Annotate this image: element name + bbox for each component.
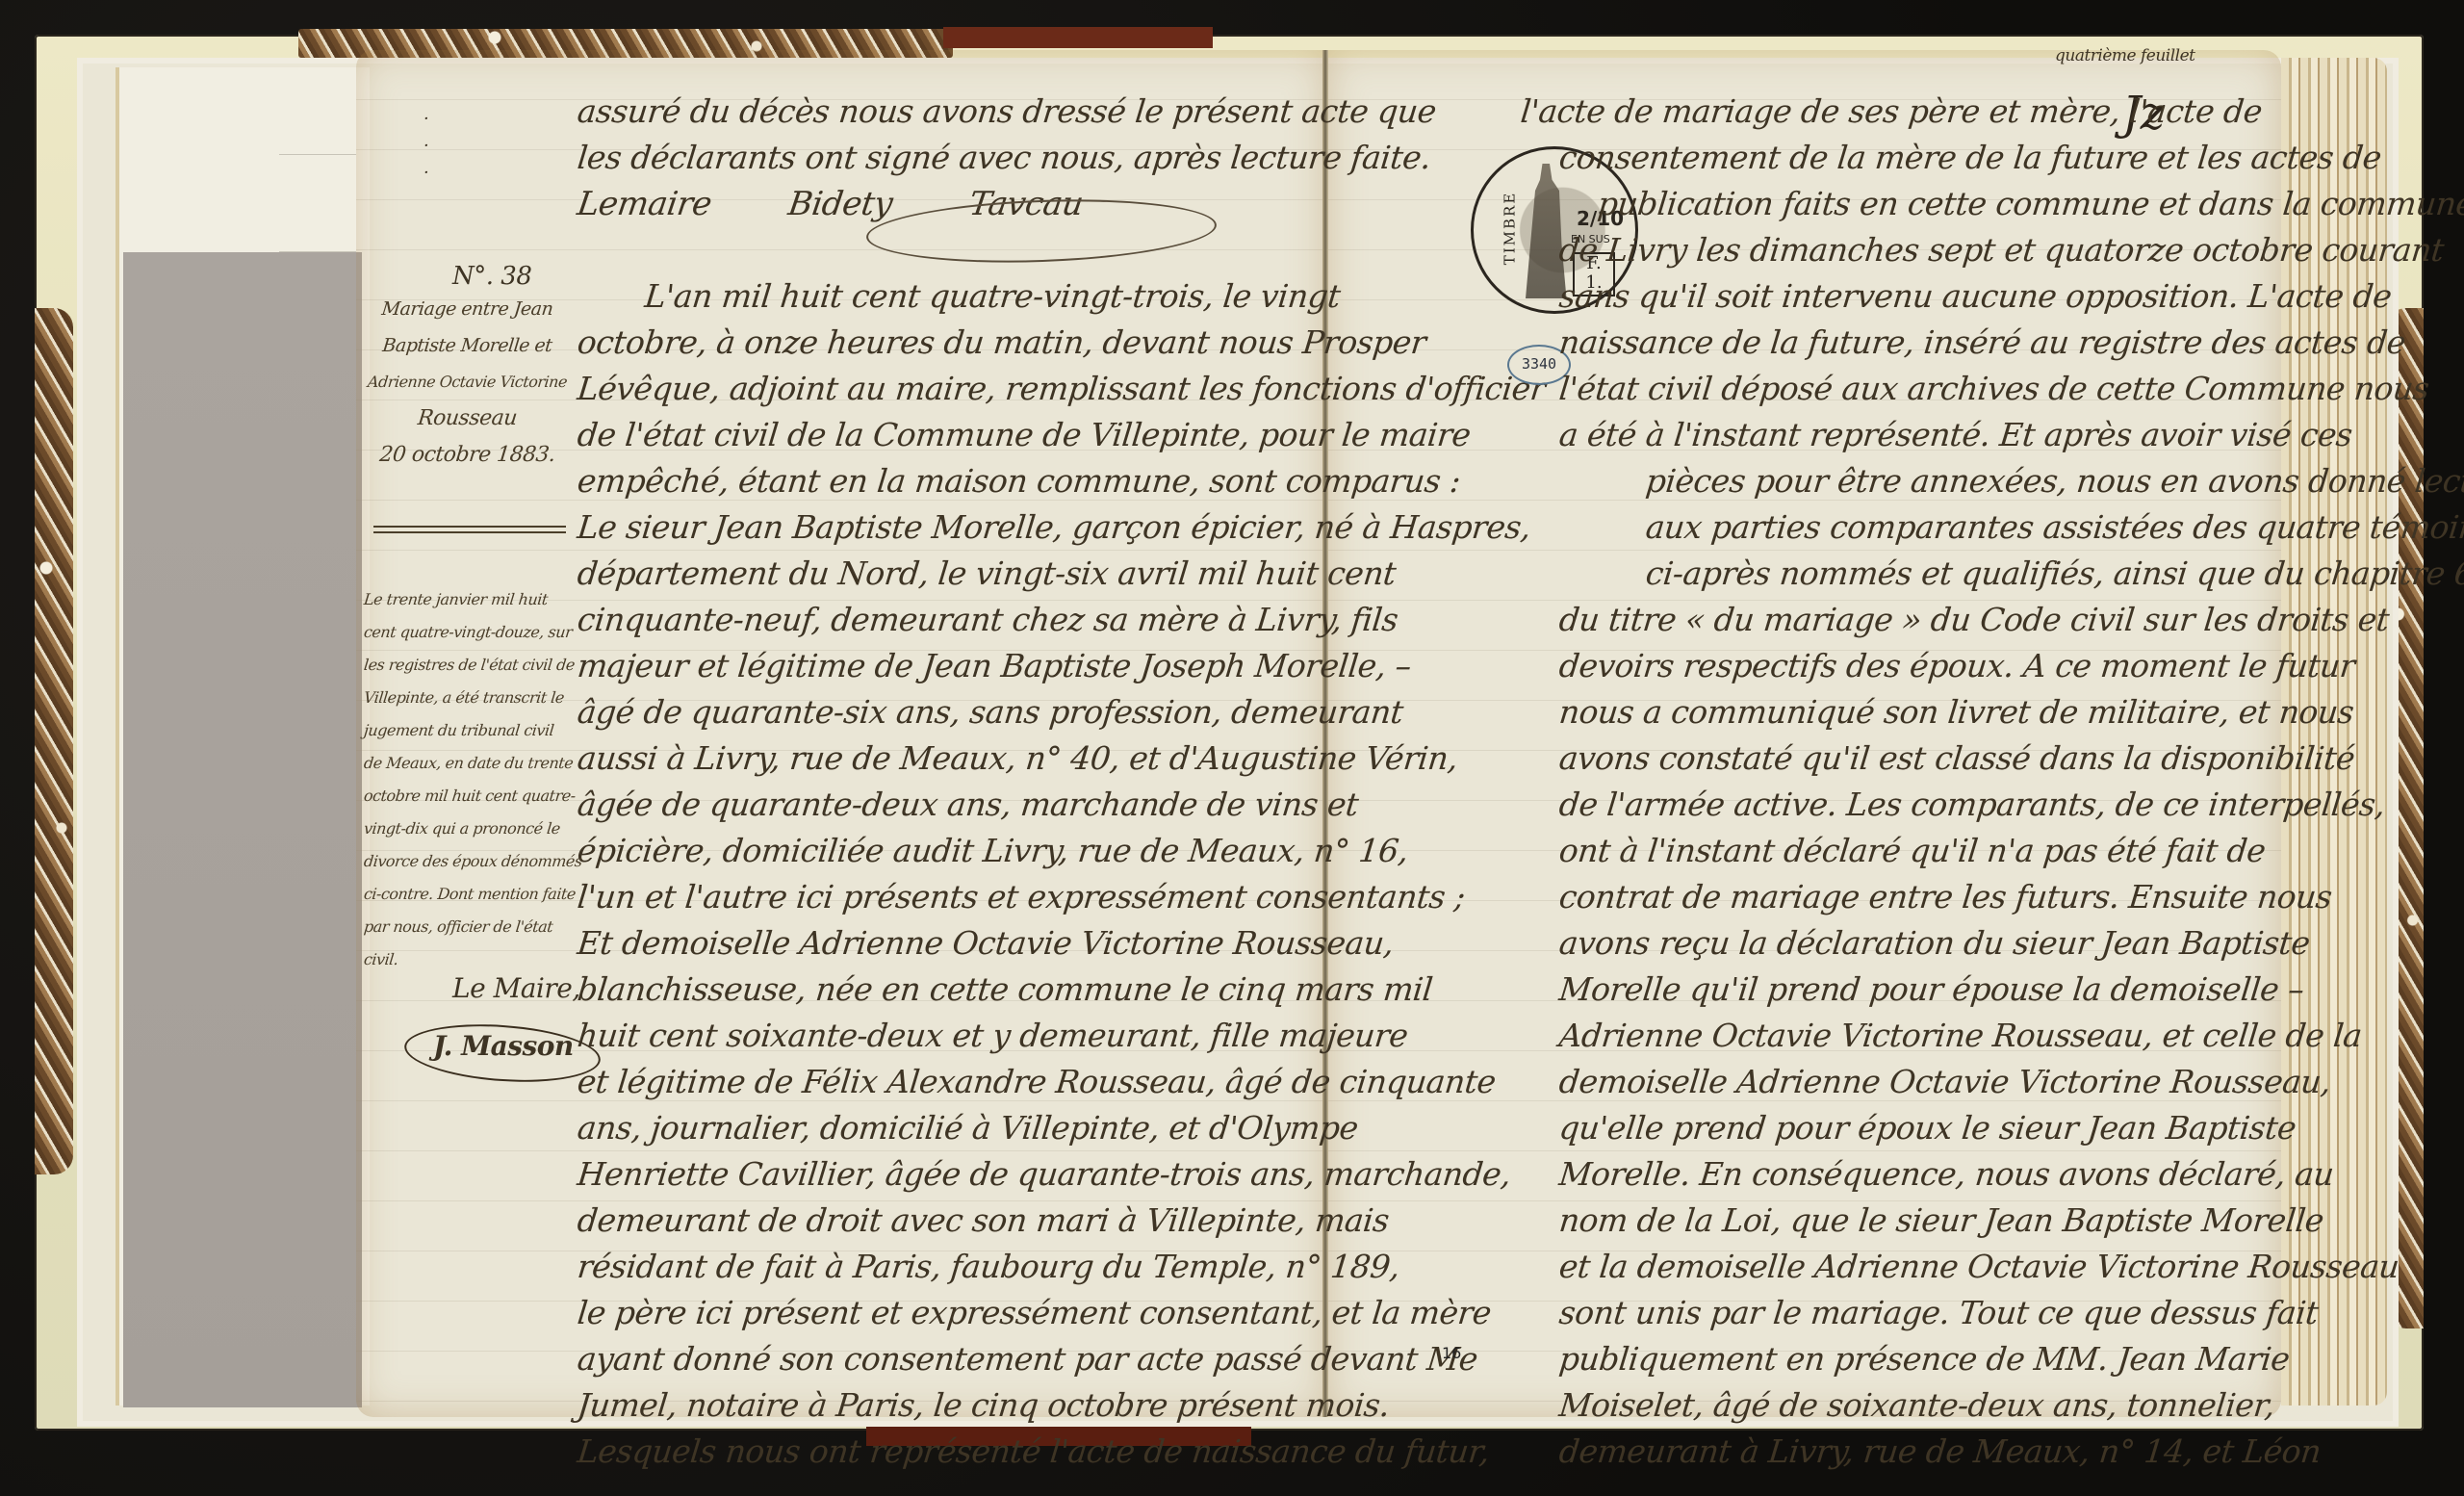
text-line: empêché, étant en la maison commune, son…: [575, 458, 1311, 504]
text-line: octobre, à onze heures du matin, devant …: [575, 320, 1311, 366]
mayor-title: Le Maire,: [452, 972, 580, 1004]
text-line: département du Nord, le vingt-six avril …: [575, 551, 1311, 597]
annotation-line: civil.: [362, 943, 573, 976]
text-line: résidant de fait à Paris, faubourg du Te…: [575, 1244, 1311, 1290]
text-line: publiquement en présence de MM. Jean Mar…: [1556, 1336, 2264, 1382]
text-line: avons constaté qu'il est classé dans la …: [1556, 735, 2264, 782]
text-line: demoiselle Adrienne Octavie Victorine Ro…: [1556, 1059, 2264, 1105]
text-line: ayant donné son consentement par acte pa…: [575, 1336, 1311, 1382]
stamp-word: TIMBRE: [1501, 192, 1518, 266]
annotation-line: octobre mil huit cent quatre-: [362, 780, 573, 812]
marbled-paper-left: [35, 308, 73, 1174]
margin-date: 20 octobre 1883.: [362, 437, 573, 474]
text-line: Morelle qu'il prend pour épouse la demoi…: [1556, 967, 2264, 1013]
margin-divorce-annotation: Le trente janvier mil huit cent quatre-v…: [364, 583, 571, 976]
text-line: devoirs respectifs des époux. A ce momen…: [1556, 643, 2264, 689]
text-line: de Livry les dimanches sept et quatorze …: [1556, 227, 2264, 273]
text-line: du titre « du mariage » du Code civil su…: [1556, 597, 2264, 643]
text-line: contrat de mariage entre les futurs. Ens…: [1556, 874, 2264, 920]
text-line: et légitime de Félix Alexandre Rousseau,…: [575, 1059, 1311, 1105]
text-line: nous a communiqué son livret de militair…: [1556, 689, 2264, 735]
text-line: les déclarants ont signé avec nous, aprè…: [575, 135, 1311, 181]
pencil-marks: ···: [423, 106, 428, 187]
text-line: l'acte de mariage de ses père et mère, l…: [1518, 89, 2264, 135]
text-line: aussi à Livry, rue de Meaux, n° 40, et d…: [575, 735, 1311, 782]
annotation-line: par nous, officier de l'état: [362, 911, 573, 943]
text-line: le père ici présent et expressément cons…: [575, 1290, 1311, 1336]
text-line: huit cent soixante-deux et y demeurant, …: [575, 1013, 1311, 1059]
annotation-line: cent quatre-vingt-douze, sur: [362, 616, 573, 649]
text-line: aux parties comparantes assistées des qu…: [1556, 504, 2264, 551]
page-number: 16: [1442, 1344, 1461, 1362]
text-line: de l'armée active. Les comparants, de ce…: [1556, 782, 2264, 828]
mayor-signature: J. Masson: [433, 1030, 574, 1062]
text-line: Adrienne Octavie Victorine Rousseau, et …: [1556, 1013, 2264, 1059]
text-line: Jumel, notaire à Paris, le cinq octobre …: [575, 1382, 1311, 1429]
annotation-line: divorce des époux dénommés: [362, 845, 573, 878]
text-line: cinquante-neuf, demeurant chez sa mère à…: [575, 597, 1311, 643]
gray-interleaf-sheet: [123, 252, 362, 1407]
text-line: pièces pour être annexées, nous en avons…: [1556, 458, 2264, 504]
text-line: nom de la Loi, que le sieur Jean Baptist…: [1556, 1198, 2264, 1244]
margin-entry-title: Mariage entre Jean Baptiste Morelle et A…: [364, 291, 571, 474]
entry-number: N°. 38: [452, 262, 531, 291]
text-line: demeurant à Livry, rue de Meaux, n° 14, …: [1556, 1429, 2264, 1475]
left-page-text: assuré du décès nous avons dressé le pré…: [577, 89, 1309, 1475]
annotation-line: jugement du tribunal civil: [362, 714, 573, 747]
text-line: âgée de quarante-deux ans, marchande de …: [575, 782, 1311, 828]
text-line: de l'état civil de la Commune de Villepi…: [575, 412, 1311, 458]
text-line: sans qu'il soit intervenu aucune opposit…: [1556, 273, 2264, 320]
text-line: a été à l'instant représenté. Et après a…: [1556, 412, 2264, 458]
margin-title-line: Baptiste Morelle et: [362, 327, 573, 364]
text-line: Le sieur Jean Baptiste Morelle, garçon é…: [575, 504, 1311, 551]
annotation-line: ci-contre. Dont mention faite: [362, 878, 573, 911]
text-line: l'état civil déposé aux archives de cett…: [1556, 366, 2264, 412]
text-line: assuré du décès nous avons dressé le pré…: [575, 89, 1311, 135]
text-line: Moiselet, âgé de soixante-deux ans, tonn…: [1556, 1382, 2264, 1429]
margin-title-line: Mariage entre Jean: [362, 291, 573, 327]
text-line: Morelle. En conséquence, nous avons décl…: [1556, 1151, 2264, 1198]
text-line: ont à l'instant déclaré qu'il n'a pas ét…: [1556, 828, 2264, 874]
signature: Bidety: [785, 181, 895, 227]
text-line: majeur et légitime de Jean Baptiste Jose…: [575, 643, 1311, 689]
text-line: ci-après nommés et qualifiés, ainsi que …: [1556, 551, 2264, 597]
text-line: Et demoiselle Adrienne Octavie Victorine…: [575, 920, 1311, 967]
annotation-line: Villepinte, a été transcrit le: [362, 682, 573, 714]
text-line: Lévêque, adjoint au maire, remplissant l…: [575, 366, 1311, 412]
text-line: l'un et l'autre ici présents et expressé…: [575, 874, 1311, 920]
annotation-line: vingt-dix qui a prononcé le: [362, 812, 573, 845]
text-line: et la demoiselle Adrienne Octavie Victor…: [1556, 1244, 2264, 1290]
signature: Lemaire: [575, 181, 715, 227]
annotation-line: Le trente janvier mil huit: [362, 583, 573, 616]
right-page-text: l'acte de mariage de ses père et mère, l…: [1559, 89, 2262, 1475]
text-line: demeurant de droit avec son mari à Ville…: [575, 1198, 1311, 1244]
margin-title-line: Rousseau: [362, 400, 573, 437]
text-line: Lesquels nous ont représenté l'acte de n…: [575, 1429, 1311, 1475]
folio-note: quatrième feuillet: [2055, 46, 2195, 65]
text-line: naissance de la future, inséré au regist…: [1556, 320, 2264, 366]
text-line: Henriette Cavillier, âgée de quarante-tr…: [575, 1151, 1311, 1198]
annotation-line: les registres de l'état civil de: [362, 649, 573, 682]
text-line: L'an mil huit cent quatre-vingt-trois, l…: [575, 273, 1311, 320]
annotation-line: de Meaux, en date du trente: [362, 747, 573, 780]
ribbon-top: [943, 27, 1213, 48]
text-line: consentement de la mère de la future et …: [1556, 135, 2264, 181]
text-line: ans, journalier, domicilié à Villepinte,…: [575, 1105, 1311, 1151]
text-line: qu'elle prend pour époux le sieur Jean B…: [1556, 1105, 2264, 1151]
text-line: avons reçu la déclaration du sieur Jean …: [1556, 920, 2264, 967]
margin-double-rule: [373, 526, 566, 533]
margin-title-line: Adrienne Octavie Victorine: [362, 364, 573, 400]
text-line: blanchisseuse, née en cette commune le c…: [575, 967, 1311, 1013]
flyleaf-rules: [279, 154, 356, 252]
text-line: âgé de quarante-six ans, sans profession…: [575, 689, 1311, 735]
text-line: sont unis par le mariage. Tout ce que de…: [1556, 1290, 2264, 1336]
text-line: publication faits en cette commune et da…: [1556, 181, 2264, 227]
text-line: épicière, domiciliée audit Livry, rue de…: [575, 828, 1311, 874]
